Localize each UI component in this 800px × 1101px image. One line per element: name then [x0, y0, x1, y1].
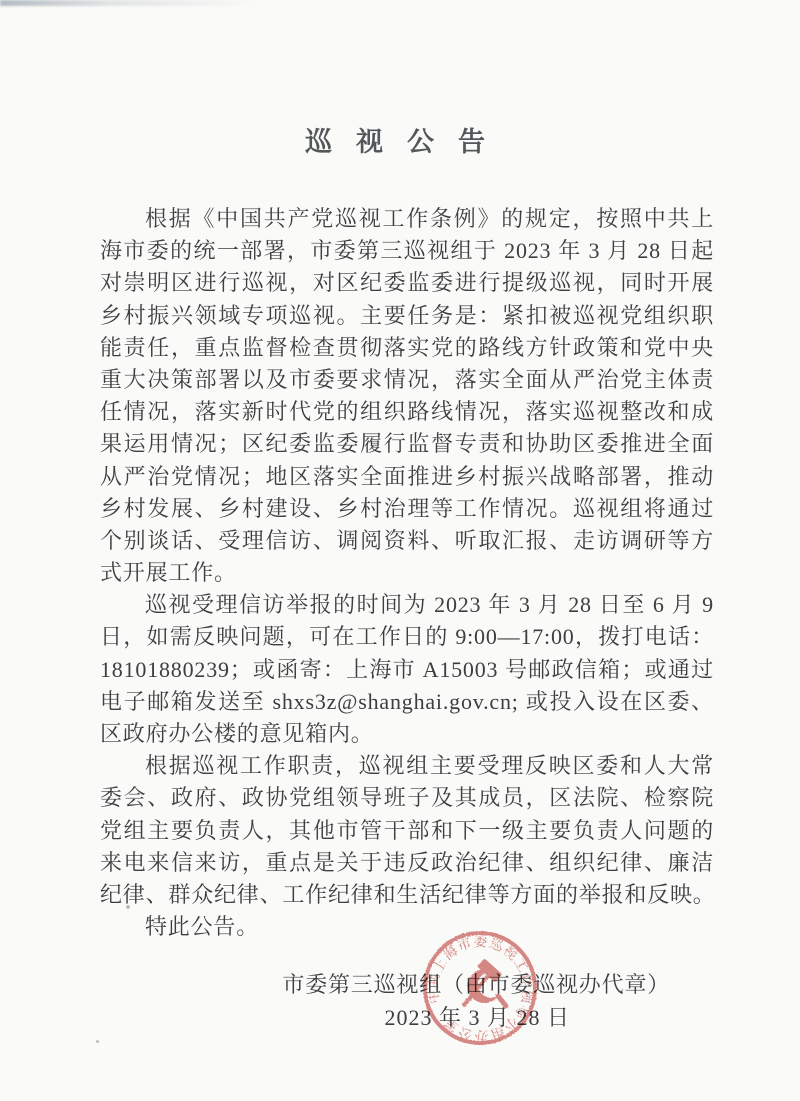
document-line: 式开展工作。: [100, 557, 714, 589]
document-line: 任情况，落实新时代党的组织路线情况，落实巡视整改和成: [100, 396, 714, 428]
signature-line: 市委第三巡视组（由市委巡视办代章）: [100, 969, 714, 1001]
document-line: 根据巡视工作职责，巡视组主要受理反映区委和人大常: [100, 750, 714, 782]
document-line: 电子邮箱发送至 shxs3z@shanghai.gov.cn; 或投入设在区委、: [100, 686, 714, 718]
document-line: 对崇明区进行巡视，对区纪委监委进行提级巡视，同时开展: [100, 267, 714, 299]
document-content: 巡视公告 根据《中国共产党巡视工作条例》的规定，按照中共上海市委的统一部署，市委…: [100, 0, 714, 1034]
document-line: 特此公告。: [100, 911, 714, 943]
document-title: 巡视公告: [100, 124, 714, 160]
document-line: 个别谈话、受理信访、调阅资料、听取汇报、走访调研等方: [100, 525, 714, 557]
document-line: 日，如需反映问题，可在工作日的 9:00—17:00，拨打电话：: [100, 621, 714, 653]
document-body: 根据《中国共产党巡视工作条例》的规定，按照中共上海市委的统一部署，市委第三巡视组…: [100, 203, 714, 943]
scan-speck: [96, 1040, 99, 1043]
document-line: 区政府办公楼的意见箱内。: [100, 718, 714, 750]
document-line: 乡村振兴领域专项巡视。主要任务是：紧扣被巡视党组织职: [100, 300, 714, 332]
date-line: 2023 年 3 月 28 日: [100, 1002, 714, 1034]
document-line: 纪律、群众纪律、工作纪律和生活纪律等方面的举报和反映。: [100, 879, 714, 911]
document-line: 重大决策部署以及市委要求情况，落实全面从严治党主体责: [100, 364, 714, 396]
document-line: 来电来信来访，重点是关于违反政治纪律、组织纪律、廉洁: [100, 847, 714, 879]
document-line: 根据《中国共产党巡视工作条例》的规定，按照中共上: [100, 203, 714, 235]
document-line: 从严治党情况；地区落实全面推进乡村振兴战略部署，推动: [100, 461, 714, 493]
signature-block: 市委第三巡视组（由市委巡视办代章） 2023 年 3 月 28 日: [100, 969, 714, 1033]
document-line: 18101880239；或函寄：上海市 A15003 号邮政信箱；或通过: [100, 654, 714, 686]
document-line: 委会、政府、政协党组领导班子及其成员，区法院、检察院: [100, 782, 714, 814]
document-line: 党组主要负责人，其他市管干部和下一级主要负责人问题的: [100, 815, 714, 847]
document-line: 果运用情况；区纪委监委履行监督专责和协助区委推进全面: [100, 428, 714, 460]
document-line: 能责任，重点监督检查贯彻落实党的路线方针政策和党中央: [100, 332, 714, 364]
scanned-document-page: 巡视公告 根据《中国共产党巡视工作条例》的规定，按照中共上海市委的统一部署，市委…: [0, 0, 800, 1101]
document-line: 巡视受理信访举报的时间为 2023 年 3 月 28 日至 6 月 9: [100, 589, 714, 621]
document-line: 乡村发展、乡村建设、乡村治理等工作情况。巡视组将通过: [100, 493, 714, 525]
document-line: 海市委的统一部署，市委第三巡视组于 2023 年 3 月 28 日起: [100, 235, 714, 267]
